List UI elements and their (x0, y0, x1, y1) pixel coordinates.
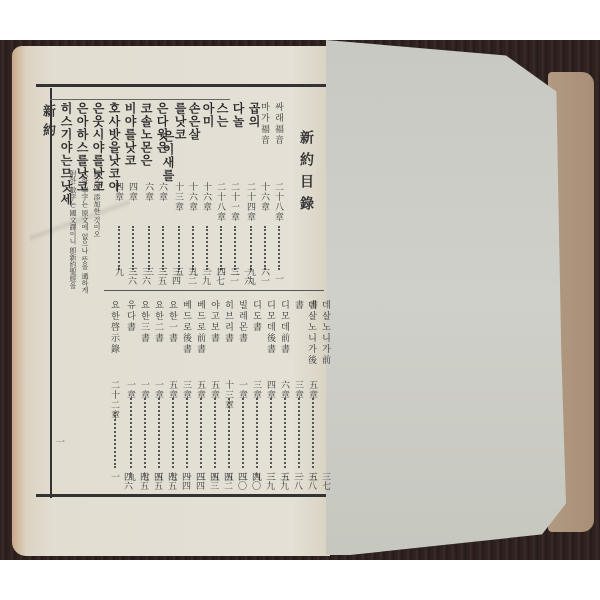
toc-page: 三六九 (112, 267, 138, 292)
toc-entry: 디모데後書 四章 三九三 (264, 300, 278, 490)
toc-chapters: 五章 (194, 380, 207, 400)
toc-chapters: 五章 (208, 380, 221, 400)
toc-book: 베드로後書 (180, 300, 193, 370)
toc-book: 마가福音 (258, 102, 271, 172)
leader-dots (186, 398, 188, 468)
toc-chapters: 四章 (264, 380, 277, 400)
leader-dots (114, 412, 116, 468)
toc-entry: 베드로前書 五章 四三三 (194, 300, 208, 490)
toc-book: 유다書 (124, 300, 137, 370)
page-frame-bottom-rule (36, 494, 326, 497)
leader-dots (298, 398, 300, 468)
toc-entry: 二十一章 一六三 (228, 102, 242, 292)
toc-book: 빌레몬書 (236, 300, 249, 370)
translator-note: 入한 單字는 原文에 없으나 뜻을 通하게 (80, 170, 90, 293)
toc-book: 데살노니가後書 (292, 300, 318, 370)
leader-dots (178, 226, 180, 270)
toc-entry: 四章 三六三 (126, 102, 140, 292)
toc-chapters: 一章 (152, 380, 165, 400)
toc-chapters: 五章 (306, 380, 319, 400)
translator-note: 譯文에 添加한 것이오 (92, 170, 102, 237)
leader-dots (148, 226, 150, 270)
toc-entry: 누가福音 二十四章 九九 (244, 102, 258, 292)
toc-entry: 요한一書 五章 四四七 (166, 300, 180, 490)
leader-dots (220, 226, 222, 270)
leader-dots (130, 398, 132, 468)
toc-chapters: 三章 (250, 380, 263, 400)
toc-chapters: 二十四章 (244, 182, 257, 222)
leader-dots (234, 226, 236, 270)
leader-dots (264, 226, 266, 270)
toc-book: 디모데前書 (278, 300, 291, 370)
leader-dots (144, 398, 146, 468)
toc-chapters: 三章 (180, 380, 193, 400)
toc-entry: 六章 三五三 (142, 102, 156, 292)
leader-dots (206, 226, 208, 270)
toc-chapters: 十三章 (172, 182, 185, 212)
toc-book: 요한啓示錄 (108, 300, 121, 370)
toc-entry: 유다書 一章 四五九 (124, 300, 138, 490)
toc-entry: 디도書 三章 三九九 (250, 300, 264, 490)
toc-book: 히브리書 (222, 300, 235, 370)
toc-chapters: 四章 (112, 182, 125, 202)
toc-chapters: 三章 (292, 380, 305, 400)
toc-page: 四六一 (108, 472, 134, 490)
leader-dots (132, 226, 134, 270)
page-number: 一 (56, 435, 65, 448)
header-row (50, 88, 230, 100)
toc-title: 新約目錄 (296, 130, 316, 218)
toc-entry: 요한啓示錄 二十二章 四六一 (108, 300, 122, 490)
toc-chapters: 十六章 (258, 182, 271, 212)
toc-chapters: 六章 (156, 182, 169, 202)
toc-page: 一 (272, 274, 285, 283)
toc-chapters: 二十一章 (228, 182, 241, 222)
toc-entry: 六章 三四三 (156, 102, 170, 292)
running-title: 新約 (38, 104, 57, 142)
toc-chapters: 二十八章 (214, 182, 227, 222)
toc-book: 요한一書 (166, 300, 179, 370)
toc-entry: 데살노니가後書 三章 三八一 (292, 300, 306, 490)
toc-entry: 요한二書 一章 四五五 (152, 300, 166, 490)
leader-dots (192, 226, 194, 270)
leader-dots (162, 226, 164, 270)
toc-entry: 요한三書 一章 四五七 (138, 300, 152, 490)
leader-dots (200, 398, 202, 468)
toc-entry: 베드로後書 三章 四四一 (180, 300, 194, 490)
toc-entry: 十三章 三二五 (172, 102, 186, 292)
toc-entry: 四章 三六九 (112, 102, 126, 292)
toc-chapters: 五章 (166, 380, 179, 400)
toc-book: 베드로前書 (194, 300, 207, 370)
toc-entry: 十六章 二七一 (200, 102, 214, 292)
toc-entry: 마가福音 十六章 六一 (258, 102, 272, 292)
toc-chapters: 一章 (138, 380, 151, 400)
leader-dots (118, 226, 120, 270)
toc-entry: 二十八章 二一四 (214, 102, 228, 292)
toc-chapters: 十六章 (200, 182, 213, 212)
leader-dots (312, 398, 314, 468)
leader-dots (278, 226, 280, 270)
leader-dots (158, 398, 160, 468)
toc-entry: 야고보書 五章 四二五 (208, 300, 222, 490)
translator-note: 附한 數字는 國文譯이니 卽新約聖經을 (68, 170, 78, 289)
leader-dots (214, 398, 216, 468)
toc-entry: 싸래福音 二十八章 一 (272, 102, 286, 292)
toc-chapters: 一章 (236, 380, 249, 400)
leader-dots (228, 398, 230, 468)
toc-book: 야고보書 (208, 300, 221, 370)
toc-entry: 빌레몬書 一章 四〇三 (236, 300, 250, 490)
page-frame-left-rule (50, 88, 52, 498)
toc-chapters: 六章 (142, 182, 155, 202)
toc-entry: 히브리書 十三章 四〇五 (222, 300, 236, 490)
toc-entry: 디모데前書 六章 三八五 (278, 300, 292, 490)
leader-dots (256, 398, 258, 468)
leader-dots (242, 398, 244, 468)
toc-book: 디모데後書 (264, 300, 277, 370)
toc-chapters: 二十八章 (272, 182, 285, 222)
leader-dots (270, 398, 272, 468)
toc-page: 六一 (258, 267, 271, 285)
leader-dots (172, 398, 174, 468)
toc-chapters: 十六章 (186, 182, 199, 212)
toc-book: 요한三書 (138, 300, 151, 370)
leader-dots (250, 226, 252, 270)
toc-book: 싸래福音 (272, 102, 285, 172)
toc-chapters: 六章 (278, 380, 291, 400)
toc-chapters: 一章 (124, 380, 137, 400)
toc-book: 디도書 (250, 300, 263, 370)
toc-chapters: 四章 (126, 182, 139, 202)
right-page-blank-flyleaf (326, 40, 566, 555)
toc-entry: 十六章 二九九 (186, 102, 200, 292)
toc-book: 요한二書 (152, 300, 165, 370)
leader-dots (284, 398, 286, 468)
